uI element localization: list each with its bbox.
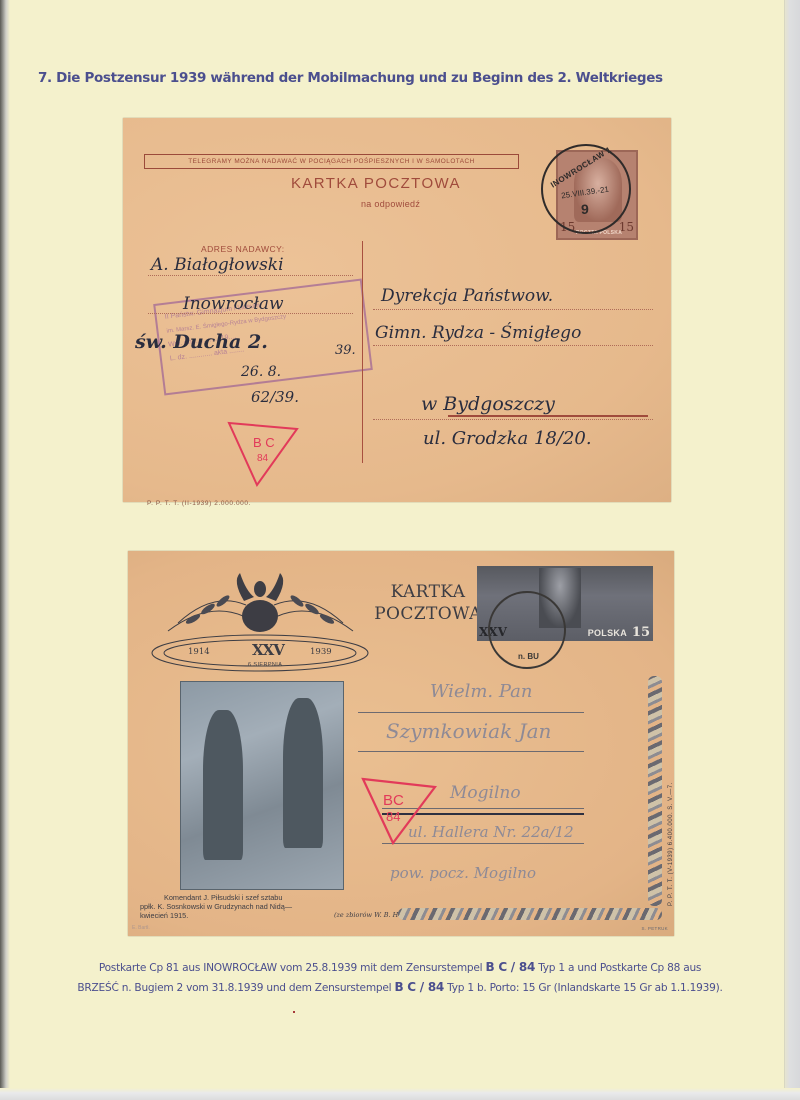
ribbon-border-vertical [648,676,662,906]
postmark-inowroclaw: INOWROCŁAW 1 25.VIII.39.-21 9 [541,144,631,234]
page-title: 7. Die Postzensur 1939 während der Mobil… [38,70,663,86]
address-line [358,751,584,752]
description-text: BRZEŚĆ n. Bugiem 2 vom 31.8.1939 und dem… [77,982,394,994]
recipient-line-3: Mogilno [450,783,521,803]
dotted-line [148,275,353,276]
censor-stamp-bc84: BC 84 [361,777,437,845]
postmark-brzesc: n. BU [488,591,566,669]
recipient-line-2: Gimn. Rydza - Śmigłego [375,323,581,343]
sender-city: Inowrocław [183,294,284,314]
svg-text:84: 84 [386,809,400,824]
corner-mark: E. Bartł. [132,925,150,931]
stamp-value: 15 [632,625,650,640]
description: Postkarte Cp 81 aus INOWROCŁAW vom 25.8.… [40,958,760,998]
censor-mark-bold: B C / 84 [394,980,444,994]
svg-text:BC: BC [383,792,404,809]
photo-caption: Komendant J. Piłsudski i szef sztabu ppł… [140,893,405,920]
page-right-edge [784,0,800,1100]
svg-text:B C: B C [253,435,275,450]
postmark-number: 9 [581,201,589,217]
recipient-line-1: Wielm. Pan [430,681,533,702]
description-text: Postkarte Cp 81 aus INOWROCŁAW vom 25.8.… [99,962,486,974]
caption-credit: (ze zbiorów W. B. H.). [334,911,405,920]
page-bottom-edge [0,1088,800,1100]
stamp-country: POLSKA [588,628,627,638]
card-title-line: KARTKA [368,581,488,603]
card-subtitle: na odpowiedź [361,199,420,209]
dotted-line [373,345,653,346]
sender-street: św. Ducha 2. [135,331,268,353]
recipient-line-3: w Bydgoszczy [421,393,555,415]
received-year: 39. [335,343,356,358]
recipient-line-2: Szymkowiak Jan [386,719,551,743]
print-note: P. P. T. T. (V-1939) 6.400.000. S. V.—7. [668,782,674,906]
postmark-text: n. BU [518,652,539,661]
year-left: 1914 [188,647,210,657]
red-dot [293,1011,295,1013]
sender-label: ADRES NADAWCY: [201,244,285,254]
telegram-notice: TELEGRAMY MOŻNA NADAWAĆ W POCIĄGACH POŚP… [144,154,519,169]
caption-line: ppłk. K. Sosnkowski w Grudzynach nad Nid… [140,902,405,911]
historical-photo [180,681,344,890]
card-title: KARTKA POCZTOWA [368,581,488,625]
printer-mark: S. PETRUK [642,926,668,931]
received-number: 62/39. [251,388,299,406]
sender-name: A. Białogłowski [151,255,284,275]
photo-figure [283,698,323,848]
underline-red [448,415,648,417]
received-date: 26. 8. [241,364,281,380]
anniversary-date: 6 SIERPNIA [248,662,282,668]
recipient-line-5: pow. pocz. Mogilno [390,864,536,882]
postmark-city: INOWROCŁAW 1 [549,145,613,190]
censor-stamp-bc84: B C 84 [227,421,299,487]
dotted-line [373,309,653,310]
print-note: P. P. T. T. (II-1939) 2.000.000. [147,500,251,507]
recipient-line-1: Dyrekcja Państwow. [381,286,553,306]
postcard-brzesc: 1914 XXV 1939 6 SIERPNIA KARTKA POCZTOWA… [128,551,674,936]
address-line [358,712,584,713]
description-text: Typ 1 a und Postkarte Cp 88 aus [535,962,701,974]
censor-mark-bold: B C / 84 [486,960,536,974]
year-right: 1939 [310,647,332,657]
anniversary-numeral: XXV [252,641,284,659]
description-text: Typ 1 b. Porto: 15 Gr (Inlandskarte 15 G… [444,982,723,994]
address-divider [362,241,363,463]
svg-text:84: 84 [257,453,269,464]
ribbon-border-horizontal [398,908,662,920]
page-left-edge [0,0,10,1100]
recipient-line-4: ul. Grodzka 18/20. [423,428,592,449]
anniversary-crest: 1914 XXV 1939 6 SIERPNIA [148,561,378,681]
card-title: KARTKA POCZTOWA [291,175,461,192]
dotted-line [373,419,653,420]
caption-line: Komendant J. Piłsudski i szef sztabu [140,893,405,902]
postmark-date: 25.VIII.39.-21 [561,185,610,201]
photo-figure [203,710,243,860]
postcard-inowroclaw: TELEGRAMY MOŻNA NADAWAĆ W POCIĄGACH POŚP… [123,118,671,502]
card-title-line: POCZTOWA [368,603,488,625]
